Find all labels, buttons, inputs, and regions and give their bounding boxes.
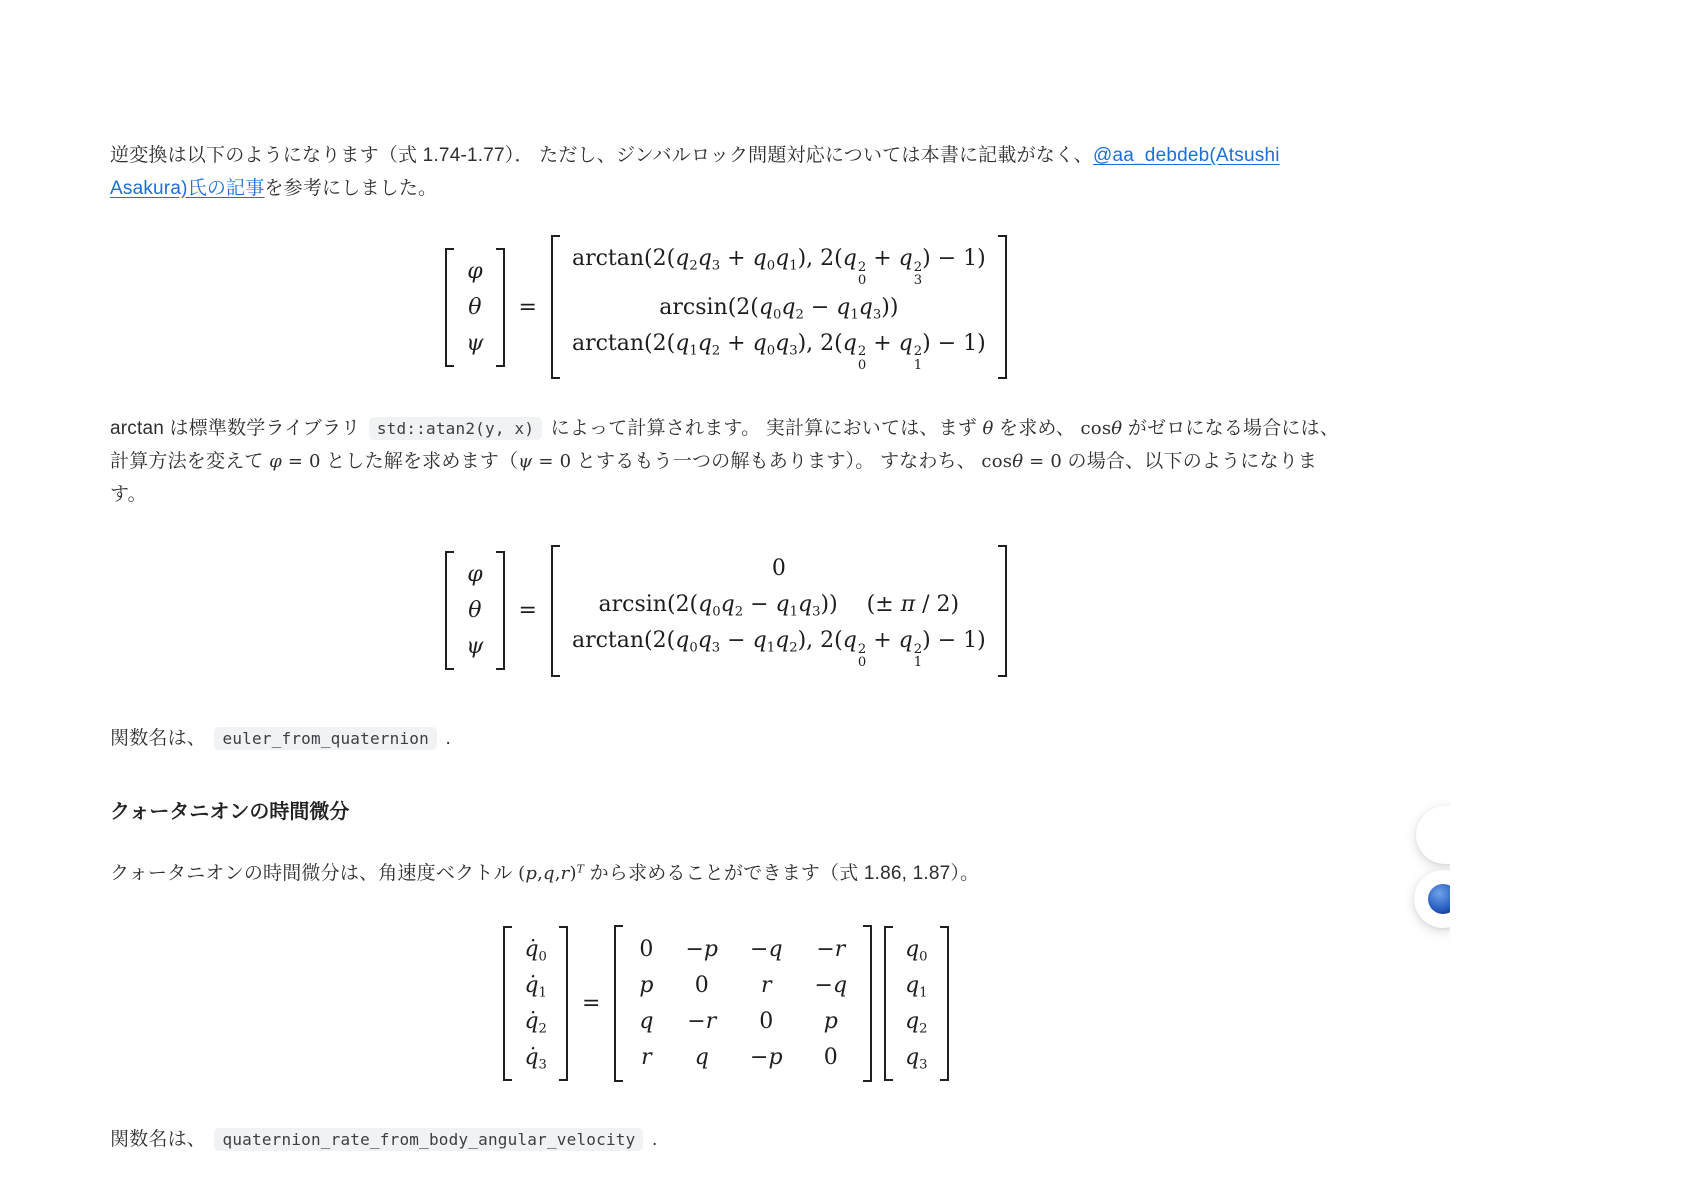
paragraph-atan2-explanation: arctan は標準数学ライブラリ std::atan2(y, x) によって計…	[110, 413, 1342, 511]
matrix-cell: −r	[687, 1005, 716, 1038]
matrix-cell: 0	[695, 969, 709, 1002]
article-content: 逆変換は以下のようになります（式 1.74-1.77）． ただし、ジンバルロック…	[110, 140, 1342, 1157]
matrix-cell: 0	[639, 933, 653, 966]
right-bracket	[940, 926, 949, 1081]
matrix-row: arctan(2(q0q3 − q1q2), 2(q20 + q21) − 1)	[572, 624, 986, 669]
floating-button-top[interactable]	[1416, 806, 1450, 864]
matrix-cell: r	[641, 1041, 652, 1074]
text-run: によって計算されます。 実計算においては、まず	[545, 418, 982, 439]
text-run: を参考にしました。	[264, 178, 437, 199]
text-run: .	[440, 728, 451, 749]
matrix-cell: p	[824, 1005, 838, 1038]
matrix-cell: −q	[750, 933, 783, 966]
text-run: から求めることができます（式 1.86, 1.87）。	[584, 863, 979, 884]
text-run: .	[646, 1129, 657, 1150]
text-run: 関数名は、	[110, 1129, 211, 1150]
matrix-row: q̇2	[524, 1005, 546, 1038]
matrix-row: q0	[905, 933, 927, 966]
matrix-row: q1	[905, 969, 927, 1002]
blue-sphere-icon	[1428, 884, 1450, 914]
paragraph-quaternion-derivative: クォータニオンの時間微分は、角速度ベクトル (p,q,r)T から求めることがで…	[110, 858, 1342, 891]
matrix-row: arcsin(2(q0q2 − q1q3))	[572, 291, 986, 324]
matrix-row: φ	[466, 558, 483, 591]
matrix-cell: −p	[685, 933, 718, 966]
inline-math: cosθ = 0	[981, 451, 1062, 472]
text-run: 関数名は、	[110, 728, 211, 749]
section-heading-quaternion-derivative: クォータニオンの時間微分	[110, 795, 1342, 824]
left-bracket	[884, 926, 893, 1081]
floating-button-bottom[interactable]	[1414, 870, 1450, 928]
floating-widget	[1406, 796, 1450, 942]
right-bracket	[998, 545, 1007, 676]
matrix-row: q3	[905, 1041, 927, 1074]
inline-code: euler_from_quaternion	[214, 727, 437, 750]
right-bracket	[863, 925, 872, 1082]
matrix-row: ψ	[466, 327, 483, 360]
left-bracket	[445, 248, 454, 367]
quaternion-vector: q0q1q2q3	[884, 926, 948, 1081]
euler-vector: φθψ	[445, 248, 504, 367]
inline-math: (p,q,r)T	[518, 863, 584, 884]
matrix-row: arctan(2(q2q3 + q0q1), 2(q20 + q23) − 1)	[572, 242, 986, 287]
matrix-cell: 0	[759, 1005, 773, 1038]
matrix-cell: −p	[750, 1041, 783, 1074]
matrix-row: q2	[905, 1005, 927, 1038]
function-name-line-quaternion-rate: 関数名は、 quaternion_rate_from_body_angular_…	[110, 1124, 1342, 1157]
left-bracket	[503, 926, 512, 1081]
inverse-transform-matrix: arctan(2(q2q3 + q0q1), 2(q20 + q23) − 1)…	[551, 235, 1007, 379]
matrix-row: φ	[466, 255, 483, 288]
matrix-row: 0	[572, 552, 986, 585]
gimbal-lock-solution-matrix: 0arcsin(2(q0q2 − q1q3)) (± π / 2)arctan(…	[551, 545, 1007, 676]
matrix-cell: −q	[815, 969, 848, 1002]
inline-math: φ = 0	[269, 451, 321, 472]
left-bracket	[614, 925, 623, 1082]
inline-code: std::atan2(y, x)	[369, 417, 542, 440]
text-run: とするもう一つの解もあります）。 すなわち、	[571, 451, 981, 472]
matrix-cell: q	[695, 1041, 709, 1074]
text-run: クォータニオンの時間微分は、角速度ベクトル	[110, 863, 518, 884]
left-bracket	[551, 545, 560, 676]
inline-math: cosθ	[1081, 418, 1123, 439]
matrix-row: arcsin(2(q0q2 − q1q3)) (± π / 2)	[572, 588, 986, 621]
matrix-row: q̇0	[524, 933, 546, 966]
matrix-row: arctan(2(q1q2 + q0q3), 2(q20 + q21) − 1)	[572, 327, 986, 372]
matrix-cell: q	[639, 1005, 653, 1038]
equation-euler-angles: φθψ = arctan(2(q2q3 + q0q1), 2(q20 + q23…	[110, 235, 1342, 379]
text-run: とした解を求めます（	[321, 451, 518, 472]
matrix-cell: r	[761, 969, 772, 1002]
matrix-row: q̇3	[524, 1041, 546, 1074]
matrix-cell: p	[639, 969, 653, 1002]
inline-math: ψ = 0	[518, 451, 571, 472]
inline-code: quaternion_rate_from_body_angular_veloci…	[214, 1128, 643, 1151]
matrix-row: ψ	[466, 630, 483, 663]
right-bracket	[559, 926, 568, 1081]
equals-sign: =	[582, 991, 600, 1016]
inline-math: θ	[982, 418, 993, 439]
left-bracket	[551, 235, 560, 379]
paragraph-intro: 逆変換は以下のようになります（式 1.74-1.77）． ただし、ジンバルロック…	[110, 140, 1342, 205]
euler-vector: φθψ	[445, 551, 504, 670]
left-bracket	[445, 551, 454, 670]
right-bracket	[496, 248, 505, 367]
right-bracket	[496, 551, 505, 670]
matrix-cell: −r	[816, 933, 845, 966]
quaternion-rate-vector: q̇0q̇1q̇2q̇3	[503, 926, 567, 1081]
text-run: arctan は標準数学ライブラリ	[110, 418, 366, 439]
function-name-line-euler: 関数名は、 euler_from_quaternion .	[110, 723, 1342, 756]
matrix-cell: 0	[824, 1041, 838, 1074]
matrix-row: q̇1	[524, 969, 546, 1002]
equation-quaternion-rate: q̇0q̇1q̇2q̇3 = 0−p−q−rp0r−qq−r0prq−p0 q0…	[110, 925, 1342, 1082]
equation-gimbal-lock-case: φθψ = 0arcsin(2(q0q2 − q1q3)) (± π / 2)a…	[110, 545, 1342, 676]
right-bracket	[998, 235, 1007, 379]
text-run: を求め、	[994, 418, 1081, 439]
matrix-row: θ	[466, 291, 483, 324]
equals-sign: =	[519, 598, 537, 623]
angular-velocity-matrix: 0−p−q−rp0r−qq−r0prq−p0	[614, 925, 872, 1082]
text-run: 逆変換は以下のようになります（式 1.74-1.77）． ただし、ジンバルロック…	[110, 145, 1093, 166]
equals-sign: =	[519, 295, 537, 320]
matrix-row: θ	[466, 594, 483, 627]
